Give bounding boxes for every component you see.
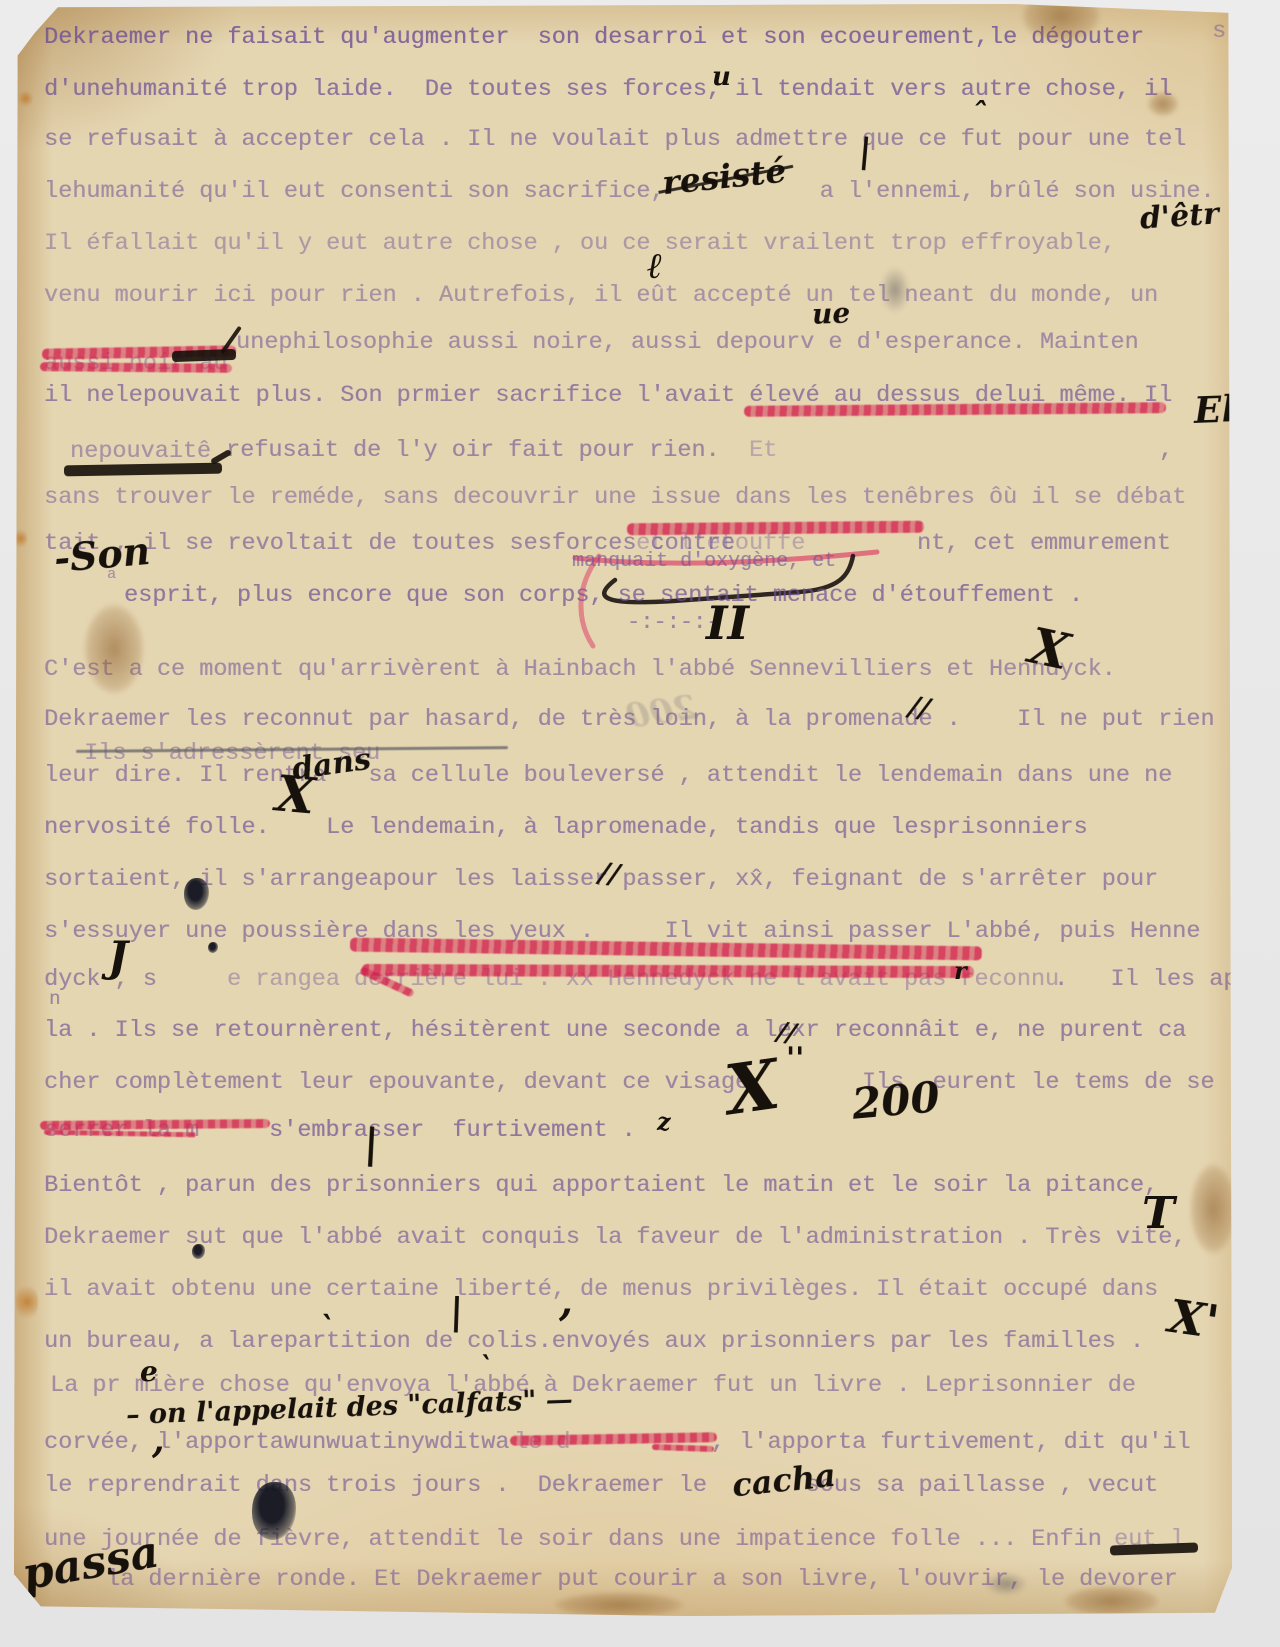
red-strike-mark	[40, 1119, 270, 1130]
paper-stain	[84, 604, 144, 694]
typed-line: refusait de l'y oir fait pour rien.	[226, 437, 720, 464]
hand-annotation: T	[1142, 1192, 1175, 1236]
typed-line: sans trouver le reméde, sans decouvrir u…	[44, 484, 1186, 511]
red-strike-mark	[40, 362, 232, 373]
typed-line: La pr mière chose qu'envoya l'abbé à Dek…	[50, 1372, 1136, 1399]
typed-line: Et	[749, 437, 777, 464]
typed-line: la . Ils se retournèrent, hésitèrent une…	[44, 1017, 1186, 1044]
red-strike-mark	[744, 402, 1166, 417]
paper-stain	[554, 1592, 684, 1616]
ink-blot	[184, 878, 209, 910]
hand-annotation: X	[274, 768, 317, 821]
typed-line: unephilosophie aussi noire, aussi depour…	[236, 329, 1139, 356]
hand-annotation: `	[479, 1354, 493, 1382]
edge-stain-dot	[18, 90, 33, 107]
typed-line: le reprendrait dans trois jours . Dekrae…	[44, 1472, 1158, 1499]
red-strike-mark	[362, 964, 974, 978]
typed-line: . Il les appe	[1054, 966, 1232, 993]
hand-annotation: -Son	[53, 532, 152, 578]
typed-line: nervosité folle. Le lendemain, à laprome…	[44, 814, 1088, 841]
typed-line: un bureau, a larepartition de colis.envo…	[44, 1328, 1144, 1355]
scan-background: { "document": { "kind": "typewritten man…	[0, 0, 1280, 1647]
typed-line: Il éfallait qu'il y eut autre chose , ou…	[44, 230, 1116, 257]
typed-line: d'unehumanité trop laide. De toutes ses …	[44, 76, 1172, 103]
typed-line: une journée de fièvre, attendit le soir …	[44, 1526, 1102, 1553]
hand-annotation: u	[712, 64, 731, 90]
hand-annotation: II	[706, 600, 749, 646]
hand-annotation: ˆ	[972, 100, 987, 130]
typed-line: lehumanité qu'il eut consenti son sacrif…	[44, 178, 1215, 205]
hand-annotation: e	[140, 1358, 158, 1386]
hand-annotation: r	[954, 959, 967, 983]
paper-stain	[1064, 1586, 1159, 1616]
hand-annotation: cacha	[731, 1459, 837, 1502]
hand-annotation: d'êtr	[1139, 199, 1220, 234]
paper-stain	[1190, 1164, 1232, 1254]
hand-annotation: //	[597, 859, 621, 890]
typed-line: Dekraemer ne faisait qu'augmenter son de…	[44, 24, 1144, 51]
typed-line: Bientôt , parun des prisonniers qui appo…	[44, 1172, 1158, 1199]
hand-annotation: z	[657, 1110, 671, 1134]
typed-line: s	[1212, 18, 1226, 45]
typed-line: s'embrasser furtivement .	[269, 1117, 636, 1144]
typed-line: cher complètement leur epouvante, devant…	[44, 1069, 1215, 1096]
hand-annotation: |	[363, 1124, 380, 1165]
hand-annotation: Eh	[1193, 391, 1232, 429]
paper: Dekraemer ne faisait qu'augmenter son de…	[14, 4, 1232, 1616]
red-strike-mark	[652, 1444, 714, 1452]
hand-annotation: |	[449, 1294, 463, 1330]
typed-line: venu mourir ici pour rien . Autrefois, i…	[44, 282, 1158, 309]
smudge-mark	[880, 266, 910, 314]
typed-line: manquait d'oxygène, et	[572, 550, 836, 573]
hand-annotation: ''	[786, 1044, 804, 1074]
typed-line: se refusait à accepter cela . Il ne voul…	[44, 126, 1186, 153]
hand-annotation: `	[319, 1312, 335, 1344]
hand-annotation: X	[722, 1051, 784, 1126]
smudge-mark	[984, 1572, 1028, 1596]
typed-line: nt, cet emmurement	[917, 530, 1171, 557]
typed-line: esprit, plus encore que son corps, se se…	[124, 582, 1083, 609]
typed-line: corvée, l'apportawunwuatinywditwa	[44, 1429, 509, 1456]
hand-annotation: ℓ	[647, 248, 662, 284]
edge-stain-dot	[16, 1282, 38, 1322]
typed-line: leur dire. Il rentra sa cellule boulever…	[44, 762, 1172, 789]
typed-line: C'est a ce moment qu'arrivèrent à Hainba…	[44, 656, 1116, 683]
typed-line: Dekraemer sut que l'abbé avait conquis l…	[44, 1224, 1186, 1251]
hand-annotation: X'	[1166, 1293, 1222, 1345]
edge-stain-dot	[14, 528, 27, 549]
hand-annotation: J	[108, 936, 128, 978]
paper-stain	[1148, 92, 1178, 116]
black-strike-mark	[64, 463, 222, 477]
hand-annotation: |	[858, 134, 873, 169]
typed-line: n	[49, 988, 60, 1010]
hand-annotation: ,	[152, 1422, 165, 1458]
black-strike-mark	[172, 349, 236, 362]
red-strike-mark	[627, 521, 924, 536]
typed-line: nepouvaitê	[70, 438, 211, 465]
typed-line: ,	[1159, 437, 1173, 464]
black-strike-mark	[1110, 1542, 1198, 1555]
hand-annotation: ,	[559, 1282, 573, 1322]
hand-annotation: 200	[850, 1076, 941, 1125]
ink-blot	[192, 1244, 205, 1259]
typed-line: , l'apporta furtivement, dit qu'il	[711, 1429, 1190, 1456]
typed-line: il avait obtenu une certaine liberté, de…	[44, 1276, 1158, 1303]
ink-blot	[208, 942, 218, 953]
typed-line: dyck , s	[44, 966, 157, 993]
hand-annotation: ue	[812, 299, 851, 328]
